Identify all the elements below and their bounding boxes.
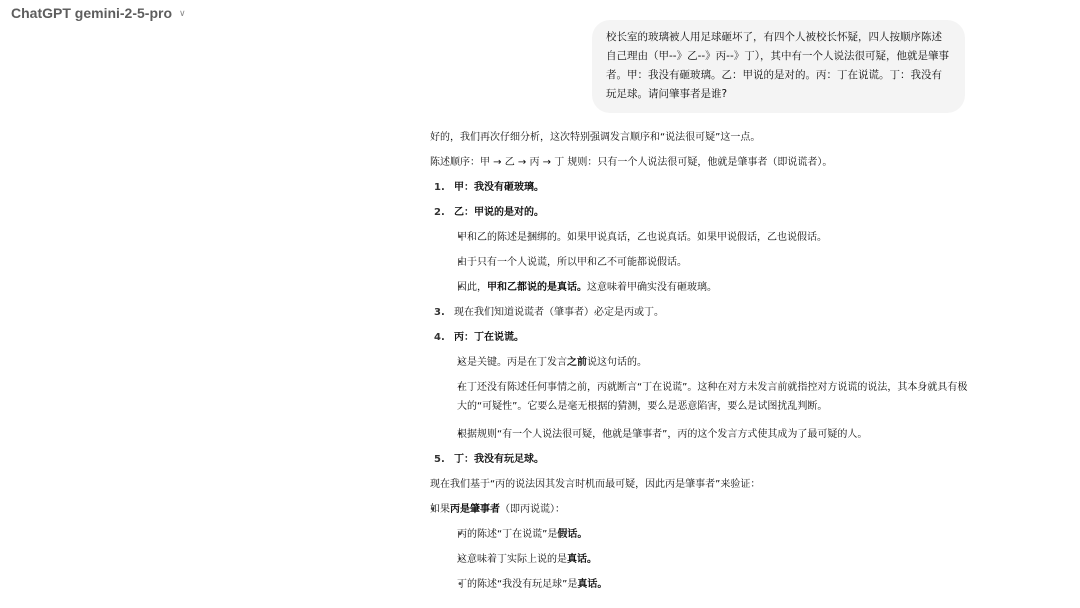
model-label: ChatGPT gemini-2-5-pro [11, 5, 172, 21]
verify-list: • 如果丙是肇事者（即丙说谎）： • 丙的陈述“丁在说谎”是假话。 • 这意味着… [430, 503, 970, 591]
bullet-item: • 丁的陈述“我没有玩足球”是真话。 [430, 578, 970, 591]
bullet-item: • 因此，甲和乙都说的是真话。这意味着甲确实没有砸玻璃。 [430, 281, 970, 294]
bullet-item: • 在丁还没有陈述任何事情之前，丙就断言“丁在说谎”。这种在对方未发言前就指控对… [430, 381, 970, 416]
list-item: 3. 现在我们知道说谎者（肇事者）必定是丙或丁。 [430, 306, 970, 319]
assistant-message: 好的，我们再次仔细分析，这次特别强调发言顺序和“说法很可疑”这一点。 陈述顺序：… [430, 131, 970, 603]
bullet-item: • 甲和乙的陈述是捆绑的。如果甲说真话，乙也说真话。如果甲说假话，乙也说假话。 [430, 231, 970, 244]
bullet-item: • 根据规则“有一个人说法很可疑，他就是肇事者”，丙的这个发言方式使其成为了最可… [430, 428, 970, 441]
intro-paragraph: 好的，我们再次仔细分析，这次特别强调发言顺序和“说法很可疑”这一点。 [430, 131, 970, 144]
bullet-item: • 这是关键。丙是在丁发言之前说这句话的。 [430, 356, 970, 369]
user-message-bubble: 校长室的玻璃被人用足球砸坏了，有四个人被校长怀疑，四人按顺序陈述自己理由（甲--… [592, 20, 965, 113]
list-item: 2. 乙：甲说的是对的。 • 甲和乙的陈述是捆绑的。如果甲说真话，乙也说真话。如… [430, 206, 970, 306]
chevron-down-icon: ∨ [179, 9, 186, 19]
bullet-item: • 由于只有一个人说谎，所以甲和乙不可能都说假话。 [430, 256, 970, 269]
user-message-text: 校长室的玻璃被人用足球砸坏了，有四个人被校长怀疑，四人按顺序陈述自己理由（甲--… [606, 31, 949, 100]
bullet-item: • 如果丙是肇事者（即丙说谎）： [403, 503, 970, 516]
bullet-item: • 这意味着丁实际上说的是真话。 [430, 553, 970, 566]
bullet-icon: • [430, 231, 457, 244]
bullet-icon: • [430, 381, 457, 416]
bullet-icon: • [430, 553, 457, 566]
bullet-icon: • [430, 356, 457, 369]
list-item: 5. 丁：我没有玩足球。 [430, 453, 970, 466]
bullet-icon: • [403, 503, 430, 516]
bullet-icon: • [430, 428, 457, 441]
bullet-icon: • [430, 578, 457, 591]
bullet-icon: • [430, 256, 457, 269]
verify-intro-paragraph: 现在我们基于“丙的说法因其发言时机而最可疑，因此丙是肇事者”来验证： [430, 478, 970, 491]
list-item: 4. 丙：丁在说谎。 • 这是关键。丙是在丁发言之前说这句话的。 • 在丁还没有… [430, 331, 970, 453]
bullet-icon: • [430, 281, 457, 294]
bullet-icon: • [430, 528, 457, 541]
bullet-item: • 丙的陈述“丁在说谎”是假话。 [430, 528, 970, 541]
model-selector[interactable]: ChatGPT gemini-2-5-pro ∨ [11, 5, 186, 21]
order-rule-paragraph: 陈述顺序：甲 → 乙 → 丙 → 丁 规则：只有一个人说法很可疑，他就是肇事者（… [430, 156, 970, 169]
list-item: 1. 甲：我没有砸玻璃。 [430, 181, 970, 194]
